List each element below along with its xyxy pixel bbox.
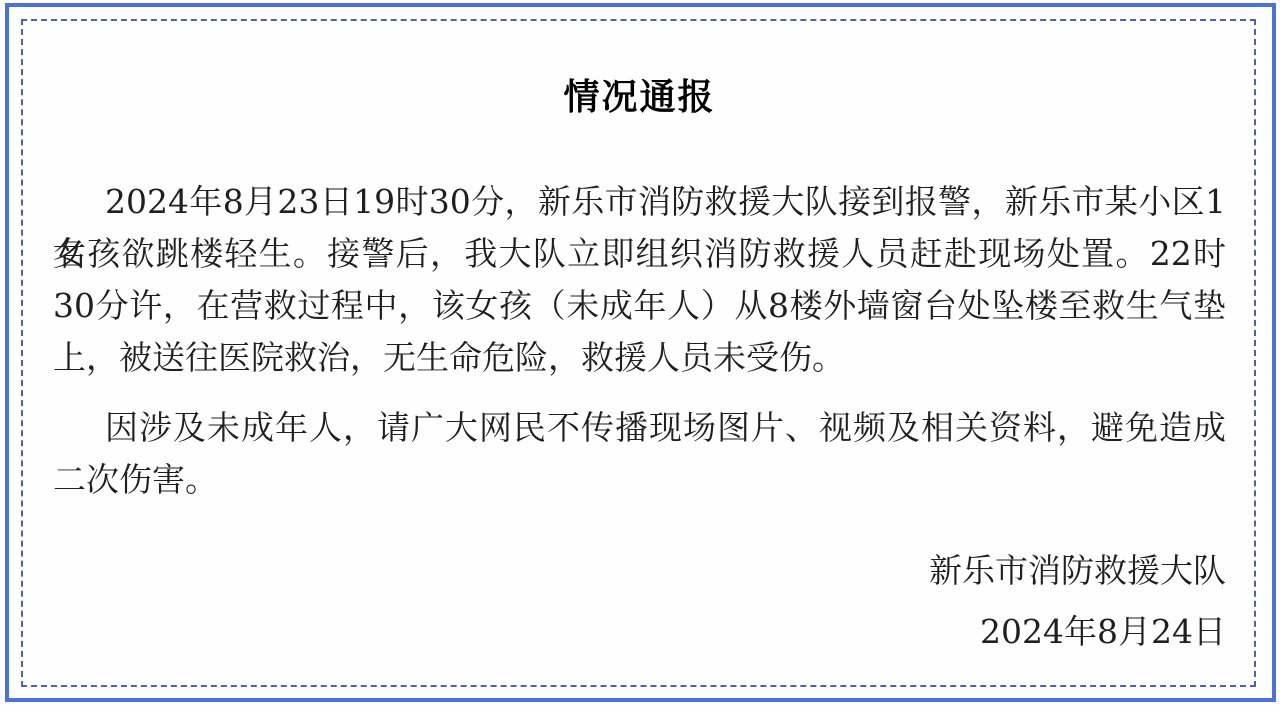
date: 2024年8月24日 [53,606,1226,658]
body-line-5: 因涉及未成年人，请广大网民不传播现场图片、视频及相关资料，避免造成 [53,402,1226,454]
notice-content: 情况通报 2024年8月23日19时30分，新乐市消防救援大队接到报警，新乐市某… [53,0,1226,658]
body-line-6: 二次伤害。 [53,454,1226,506]
body-line-2: 女孩欲跳楼轻生。接警后，我大队立即组织消防救援人员赶赴现场处置。22时 [53,228,1226,280]
body-line-4: 上，被送往医院救治，无生命危险，救援人员未受伤。 [53,332,1226,384]
body-line-1: 2024年8月23日19时30分，新乐市消防救援大队接到报警，新乐市某小区1名 [53,176,1226,228]
paragraph-1: 2024年8月23日19时30分，新乐市消防救援大队接到报警，新乐市某小区1名 … [53,176,1226,384]
body-line-3: 30分许，在营救过程中，该女孩（未成年人）从8楼外墙窗台处坠楼至救生气垫 [53,280,1226,332]
paragraph-2: 因涉及未成年人，请广大网民不传播现场图片、视频及相关资料，避免造成 二次伤害。 [53,402,1226,506]
notice-title: 情况通报 [53,78,1226,118]
signature: 新乐市消防救援大队 [53,545,1226,597]
notice-page: 情况通报 2024年8月23日19时30分，新乐市消防救援大队接到报警，新乐市某… [0,0,1280,712]
